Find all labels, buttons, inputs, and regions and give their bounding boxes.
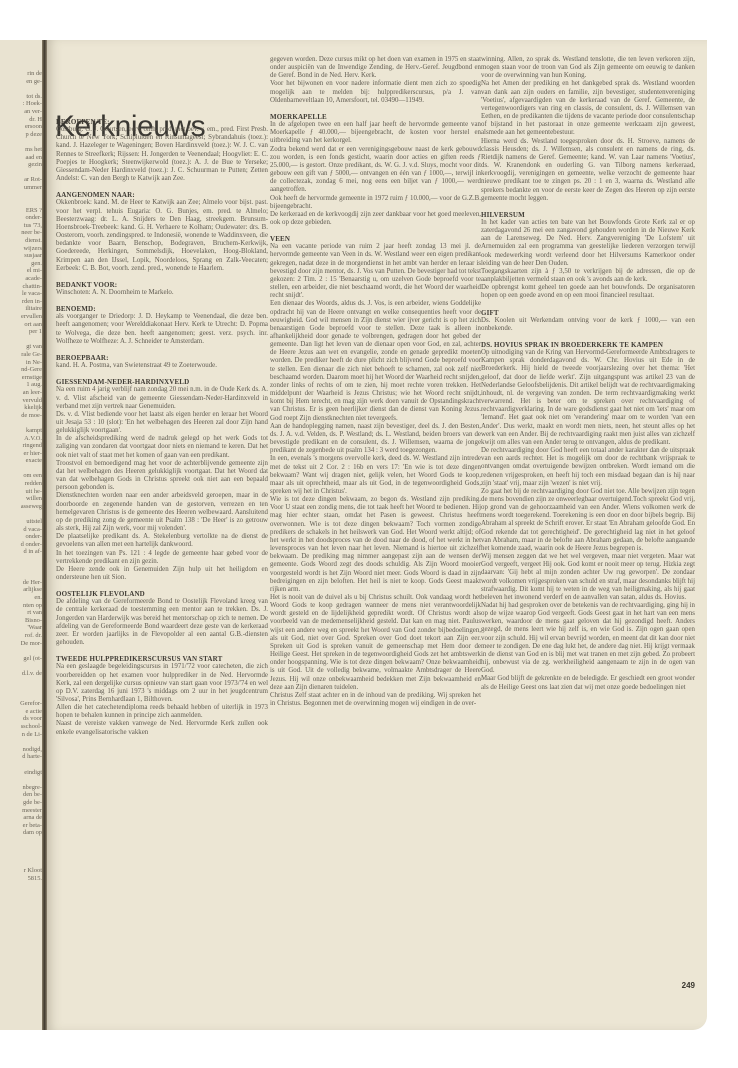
news-item-paragraph: Wij mensen zeggen dat we het wel vergeve… xyxy=(481,553,695,602)
news-item-paragraph: als voorganger te Driedorp: J. D. Heykam… xyxy=(56,313,268,346)
news-item-paragraph: Nadat hij had gesproken over de betekeni… xyxy=(481,602,695,675)
previous-page-fragment xyxy=(0,419,42,427)
previous-page-fragment: ringend xyxy=(0,442,42,450)
news-item-heading: BENOEMD: xyxy=(56,305,268,313)
previous-page-fragment: gen. xyxy=(0,260,42,268)
previous-page-fragment: A.V.O. xyxy=(0,435,42,443)
previous-page-fragment xyxy=(0,852,42,860)
news-item-paragraph: In een, evenals 's morgens overvolle ker… xyxy=(270,455,481,496)
news-item: MOERKAPELLEIn de afgelopen twee en een h… xyxy=(270,113,481,227)
news-item-heading: BEROEPEN TE: xyxy=(56,118,268,126)
news-item-paragraph: Allen die het catechetendiploma reeds be… xyxy=(56,704,268,720)
news-item-paragraph: Ds. Koolen uit Werkendam ontving voor de… xyxy=(481,317,695,333)
magazine-page: Kerknieuws BEROEPEN TE:Oostburg: G. J. G… xyxy=(47,40,707,1030)
news-item-paragraph: Het is nooit van de duivel als u bij Chr… xyxy=(270,594,481,692)
previous-page-fragment: rin de xyxy=(0,70,42,78)
previous-page-fragment xyxy=(0,138,42,146)
news-item-heading: MOERKAPELLE xyxy=(270,113,481,121)
previous-page-fragment: sschool- xyxy=(0,723,42,731)
previous-page-fragment xyxy=(0,860,42,868)
previous-page-fragment: arna de xyxy=(0,814,42,822)
news-item-heading: DS. HOVIUS SPRAK IN BROEDERKERK TE KAMPE… xyxy=(481,341,695,349)
previous-page-edge: rin deen ge- tot ds.: Hoek-an ver-dr. He… xyxy=(0,40,44,1030)
news-item: OOSTELIJK FLEVOLANDDe afdeling van de Ge… xyxy=(56,590,268,647)
previous-page-fragment: er beta- xyxy=(0,822,42,830)
previous-page-fragment: el mi- xyxy=(0,267,42,275)
news-item-paragraph: Okkenbroek: kand. M. de Heer te Katwijk … xyxy=(56,199,268,272)
previous-page-fragment: Gerefor- xyxy=(0,700,42,708)
news-item: GIFTDs. Koolen uit Werkendam ontving voo… xyxy=(481,309,695,333)
news-item-paragraph: Zodra bekend werd dat er een verenigings… xyxy=(270,146,481,195)
previous-page-fragment: de moe- xyxy=(0,412,42,420)
previous-page-fragment: De mor- xyxy=(0,640,42,648)
news-item-paragraph: Na een ruim 4 jarig verblijf nam zondag … xyxy=(56,386,268,410)
previous-page-fragment: rden in- xyxy=(0,298,42,306)
previous-page-fragment: nd-Gere xyxy=(0,366,42,374)
news-item-paragraph: De opbrengst komt geheel ten goede aan h… xyxy=(481,284,695,300)
previous-page-fragment xyxy=(0,662,42,670)
previous-page-fragment: ar Rot- xyxy=(0,176,42,184)
previous-page-fragment: asseweg xyxy=(0,503,42,511)
previous-page-fragment: arlijkse xyxy=(0,586,42,594)
previous-page-fragment xyxy=(0,336,42,344)
news-item-paragraph: winning. Allen, zo sprak ds. Westland te… xyxy=(481,56,695,80)
previous-page-fragment: rale Ge- xyxy=(0,351,42,359)
previous-page-fragment xyxy=(0,845,42,853)
previous-page-fragment: an leer- xyxy=(0,389,42,397)
news-item-paragraph: Troostvol en bemoedigend mag het voor de… xyxy=(56,460,268,493)
scanned-magazine-spread: rin deen ge- tot ds.: Hoek-an ver-dr. He… xyxy=(0,0,738,1068)
news-item-paragraph: kand. H. A. Postma, van Swietenstraat 49… xyxy=(56,362,268,370)
previous-page-fragment: gezin xyxy=(0,161,42,169)
news-item-paragraph: Zo gaat het bij de rechtvaardiging door … xyxy=(481,488,695,553)
previous-page-fragment: en. xyxy=(0,594,42,602)
previous-page-fragment: exacte xyxy=(0,457,42,465)
previous-page-fragment: : Hoek- xyxy=(0,100,42,108)
previous-page-fragment: den be- xyxy=(0,791,42,799)
previous-page-fragment xyxy=(0,169,42,177)
news-item-paragraph: Hierna werd ds. Westland toegesproken do… xyxy=(481,138,695,203)
news-item-paragraph: gegeven worden. Deze cursus mikt op het … xyxy=(270,56,481,80)
previous-page-fragment: vervuld xyxy=(0,397,42,405)
news-item-paragraph: Na het Amen der prediking en het dankgeb… xyxy=(481,80,695,137)
previous-page-fragment xyxy=(0,199,42,207)
previous-page-fragment: acade- xyxy=(0,275,42,283)
previous-page-fragment: willen xyxy=(0,495,42,503)
news-item-paragraph: Ds. v. d. Vlist bediende voor het laatst… xyxy=(56,411,268,435)
news-item: VEENNa een vacante periode van ruim 2 ja… xyxy=(270,235,481,708)
news-item-paragraph: De rechtvaardiging door God heeft een to… xyxy=(481,447,695,488)
previous-page-fragment: p deze xyxy=(0,131,42,139)
news-item-paragraph: De plaatselijke predikant ds. A. Stekele… xyxy=(56,533,268,549)
previous-page-fragment: nodigd, xyxy=(0,746,42,754)
previous-page-fragment: kkelijk xyxy=(0,404,42,412)
news-item: HILVERSUMIn het kader van acties ten bat… xyxy=(481,211,695,301)
previous-page-fragment: nten op xyxy=(0,602,42,610)
news-item-paragraph: Na een vacante periode van ruim 2 jaar h… xyxy=(270,243,481,300)
news-item-heading: VEEN xyxy=(270,235,481,243)
news-item-paragraph: Dienstknechten worden naar een ander arb… xyxy=(56,492,268,533)
news-item-paragraph: Oostburg: G. J. Geurtsen, eerv. onth. pr… xyxy=(56,126,268,183)
news-item: GIESSENDAM-NEDER-HARDINXVELDNa een ruim … xyxy=(56,378,268,582)
previous-page-fragment: ummer xyxy=(0,184,42,192)
news-item-heading: AANGENOMEN NAAR: xyxy=(56,191,268,199)
previous-page-fragment xyxy=(0,738,42,746)
previous-page-fragment: r Kloot xyxy=(0,867,42,875)
previous-page-fragment: gt van xyxy=(0,343,42,351)
previous-page-fragment: Bisno- xyxy=(0,617,42,625)
previous-page-fragment: redden xyxy=(0,480,42,488)
news-item-paragraph: In de afscheidsprediking werd de nadruk … xyxy=(56,435,268,459)
previous-page-fragment: er hier- xyxy=(0,450,42,458)
news-item-paragraph: In het toezingen van Ps. 121 : 4 legde d… xyxy=(56,550,268,566)
news-item-paragraph: Een dienaar des Woords, aldus ds. J. Vos… xyxy=(270,300,481,422)
article-column-3: winning. Allen, zo sprak ds. Westland te… xyxy=(481,56,695,700)
news-item-paragraph: De afdeling van de Gereformeerde Bond te… xyxy=(56,598,268,647)
news-item-paragraph: Aan de handoplegging namen, naast zijn b… xyxy=(270,423,481,456)
news-item-heading: BEDANKT VOOR: xyxy=(56,281,268,289)
news-item-paragraph: Maar God blijft de gekrenkte en de beled… xyxy=(481,675,695,691)
previous-page-fragment: uitstel xyxy=(0,518,42,526)
news-item-paragraph: Ook heeft de hervormde gemeente in 1972 … xyxy=(270,195,481,211)
previous-page-fragment: kampt xyxy=(0,427,42,435)
previous-page-fragment: de Her- xyxy=(0,579,42,587)
previous-page-fragment xyxy=(0,510,42,518)
previous-page-fragment: ERS ? xyxy=(0,207,42,215)
news-item-paragraph: Op uitnodiging van de Kring van Hervormd… xyxy=(481,349,695,447)
previous-page-fragment: 1 aug. xyxy=(0,381,42,389)
previous-page-fragment xyxy=(0,647,42,655)
previous-page-fragment: ernstige xyxy=(0,374,42,382)
article-column-1: BEROEPEN TE:Oostburg: G. J. Geurtsen, ee… xyxy=(56,118,268,745)
news-item-heading: TWEEDE HULPPREDIKERSCURSUS VAN START xyxy=(56,655,268,663)
previous-page-fragment: d in af- xyxy=(0,548,42,556)
previous-page-fragment: ms het xyxy=(0,146,42,154)
news-item-paragraph: Wie is tot deze dingen bekwaam, zo begon… xyxy=(270,496,481,594)
previous-page-fragment: neer be- xyxy=(0,229,42,237)
news-item: BEROEPEN TE:Oostburg: G. J. Geurtsen, ee… xyxy=(56,118,268,183)
previous-page-fragment: n de Li- xyxy=(0,731,42,739)
previous-page-fragment: gde be- xyxy=(0,799,42,807)
previous-page-fragment: d harte- xyxy=(0,753,42,761)
previous-page-fragment: ilitaire xyxy=(0,305,42,313)
news-item-paragraph: Toegangskaarten zijn à ƒ 3,50 te verkrij… xyxy=(481,268,695,284)
previous-page-fragment: 'Waar xyxy=(0,624,42,632)
previous-page-fragment: in Ne- xyxy=(0,359,42,367)
previous-page-fragment: chattin- xyxy=(0,283,42,291)
news-item: DS. HOVIUS SPRAK IN BROEDERKERK TE KAMPE… xyxy=(481,341,695,692)
news-item: BEROEPBAAR:kand. H. A. Postma, van Swiet… xyxy=(56,354,268,370)
previous-page-fragment xyxy=(0,465,42,473)
previous-page-fragment xyxy=(0,556,42,564)
previous-page-fragment: ersoon xyxy=(0,123,42,131)
news-item-paragraph: Winschoten: A. N. Doornheim te Markelo. xyxy=(56,289,268,297)
previous-page-fragment: meester xyxy=(0,807,42,815)
previous-page-fragment xyxy=(0,85,42,93)
previous-page-fragment: gel (ot- xyxy=(0,655,42,663)
article-column-2: gegeven worden. Deze cursus mikt op het … xyxy=(270,56,481,716)
previous-page-fragment: d.l.v. de xyxy=(0,670,42,678)
previous-page-fragment xyxy=(0,564,42,572)
previous-page-fragment: susjaar xyxy=(0,252,42,260)
previous-page-fragment: an ver- xyxy=(0,108,42,116)
previous-page-fragment: onder- xyxy=(0,533,42,541)
previous-page-fragment xyxy=(0,571,42,579)
previous-page-fragment: nbegre- xyxy=(0,784,42,792)
news-item-heading: BEROEPBAAR: xyxy=(56,354,268,362)
previous-page-fragment: dienst. xyxy=(0,237,42,245)
previous-page-fragment: d onder- xyxy=(0,541,42,549)
previous-page-fragment xyxy=(0,678,42,686)
previous-page-fragment: ort aan xyxy=(0,321,42,329)
previous-page-fragment: dr. H xyxy=(0,116,42,124)
page-number: 249 xyxy=(682,981,695,990)
news-item: BENOEMD:als voorganger te Driedorp: J. D… xyxy=(56,305,268,346)
news-item-paragraph: Voor het bijwonen en voor nadere informa… xyxy=(270,80,481,104)
news-item-heading: OOSTELIJK FLEVOLAND xyxy=(56,590,268,598)
news-item-paragraph: Na een geslaagde begeleidingscursus in 1… xyxy=(56,663,268,704)
news-item-heading: HILVERSUM xyxy=(481,211,695,219)
news-item: winning. Allen, zo sprak ds. Westland te… xyxy=(481,56,695,203)
previous-page-fragment: eindigt xyxy=(0,769,42,777)
previous-page-fragment xyxy=(0,837,42,845)
previous-page-text-fragments: rin deen ge- tot ds.: Hoek-an ver-dr. He… xyxy=(0,70,42,883)
news-item-paragraph: Naast de vereiste vakken vanwege de Ned.… xyxy=(56,720,268,736)
previous-page-fragment: 5815. xyxy=(0,875,42,883)
previous-page-fragment xyxy=(0,776,42,784)
news-item-paragraph: In het kader van acties ten bate van het… xyxy=(481,219,695,268)
previous-page-fragment: tot ds. xyxy=(0,93,42,101)
news-item-paragraph: Christus Zelf staat achter en in de inho… xyxy=(270,692,481,708)
previous-page-fragment xyxy=(0,685,42,693)
previous-page-fragment: per 1 xyxy=(0,328,42,336)
news-item: BEDANKT VOOR:Winschoten: A. N. Doornheim… xyxy=(56,281,268,297)
previous-page-fragment: rof. dr. xyxy=(0,632,42,640)
previous-page-fragment: dam op xyxy=(0,829,42,837)
previous-page-fragment: rt van xyxy=(0,609,42,617)
news-item: TWEEDE HULPPREDIKERSCURSUS VAN STARTNa e… xyxy=(56,655,268,737)
news-item: gegeven worden. Deze cursus mikt op het … xyxy=(270,56,481,105)
previous-page-fragment: tus '73, xyxy=(0,222,42,230)
previous-page-fragment: e actie xyxy=(0,708,42,716)
news-item: AANGENOMEN NAAR:Okkenbroek: kand. M. de … xyxy=(56,191,268,273)
previous-page-fragment: uit he- xyxy=(0,488,42,496)
previous-page-fragment: aad en xyxy=(0,154,42,162)
previous-page-fragment: ds voor xyxy=(0,715,42,723)
previous-page-fragment: d vaca- xyxy=(0,526,42,534)
previous-page-fragment xyxy=(0,693,42,701)
news-item-heading: GIESSENDAM-NEDER-HARDINXVELD xyxy=(56,378,268,386)
previous-page-fragment: onder- xyxy=(0,214,42,222)
news-item-heading: GIFT xyxy=(481,309,695,317)
previous-page-fragment xyxy=(0,192,42,200)
previous-page-fragment: en ge- xyxy=(0,78,42,86)
previous-page-fragment: om een xyxy=(0,472,42,480)
previous-page-fragment: le vaca- xyxy=(0,290,42,298)
previous-page-fragment xyxy=(0,761,42,769)
news-item-paragraph: De Heere zende ook in Genemuiden Zijn hu… xyxy=(56,566,268,582)
previous-page-fragment: wijzers xyxy=(0,245,42,253)
news-item-paragraph: De kerkeraad en de kerkvoogdij zijn zeer… xyxy=(270,211,481,227)
news-item-paragraph: In de afgelopen twee en een half jaar he… xyxy=(270,121,481,145)
previous-page-fragment: ervullen xyxy=(0,313,42,321)
